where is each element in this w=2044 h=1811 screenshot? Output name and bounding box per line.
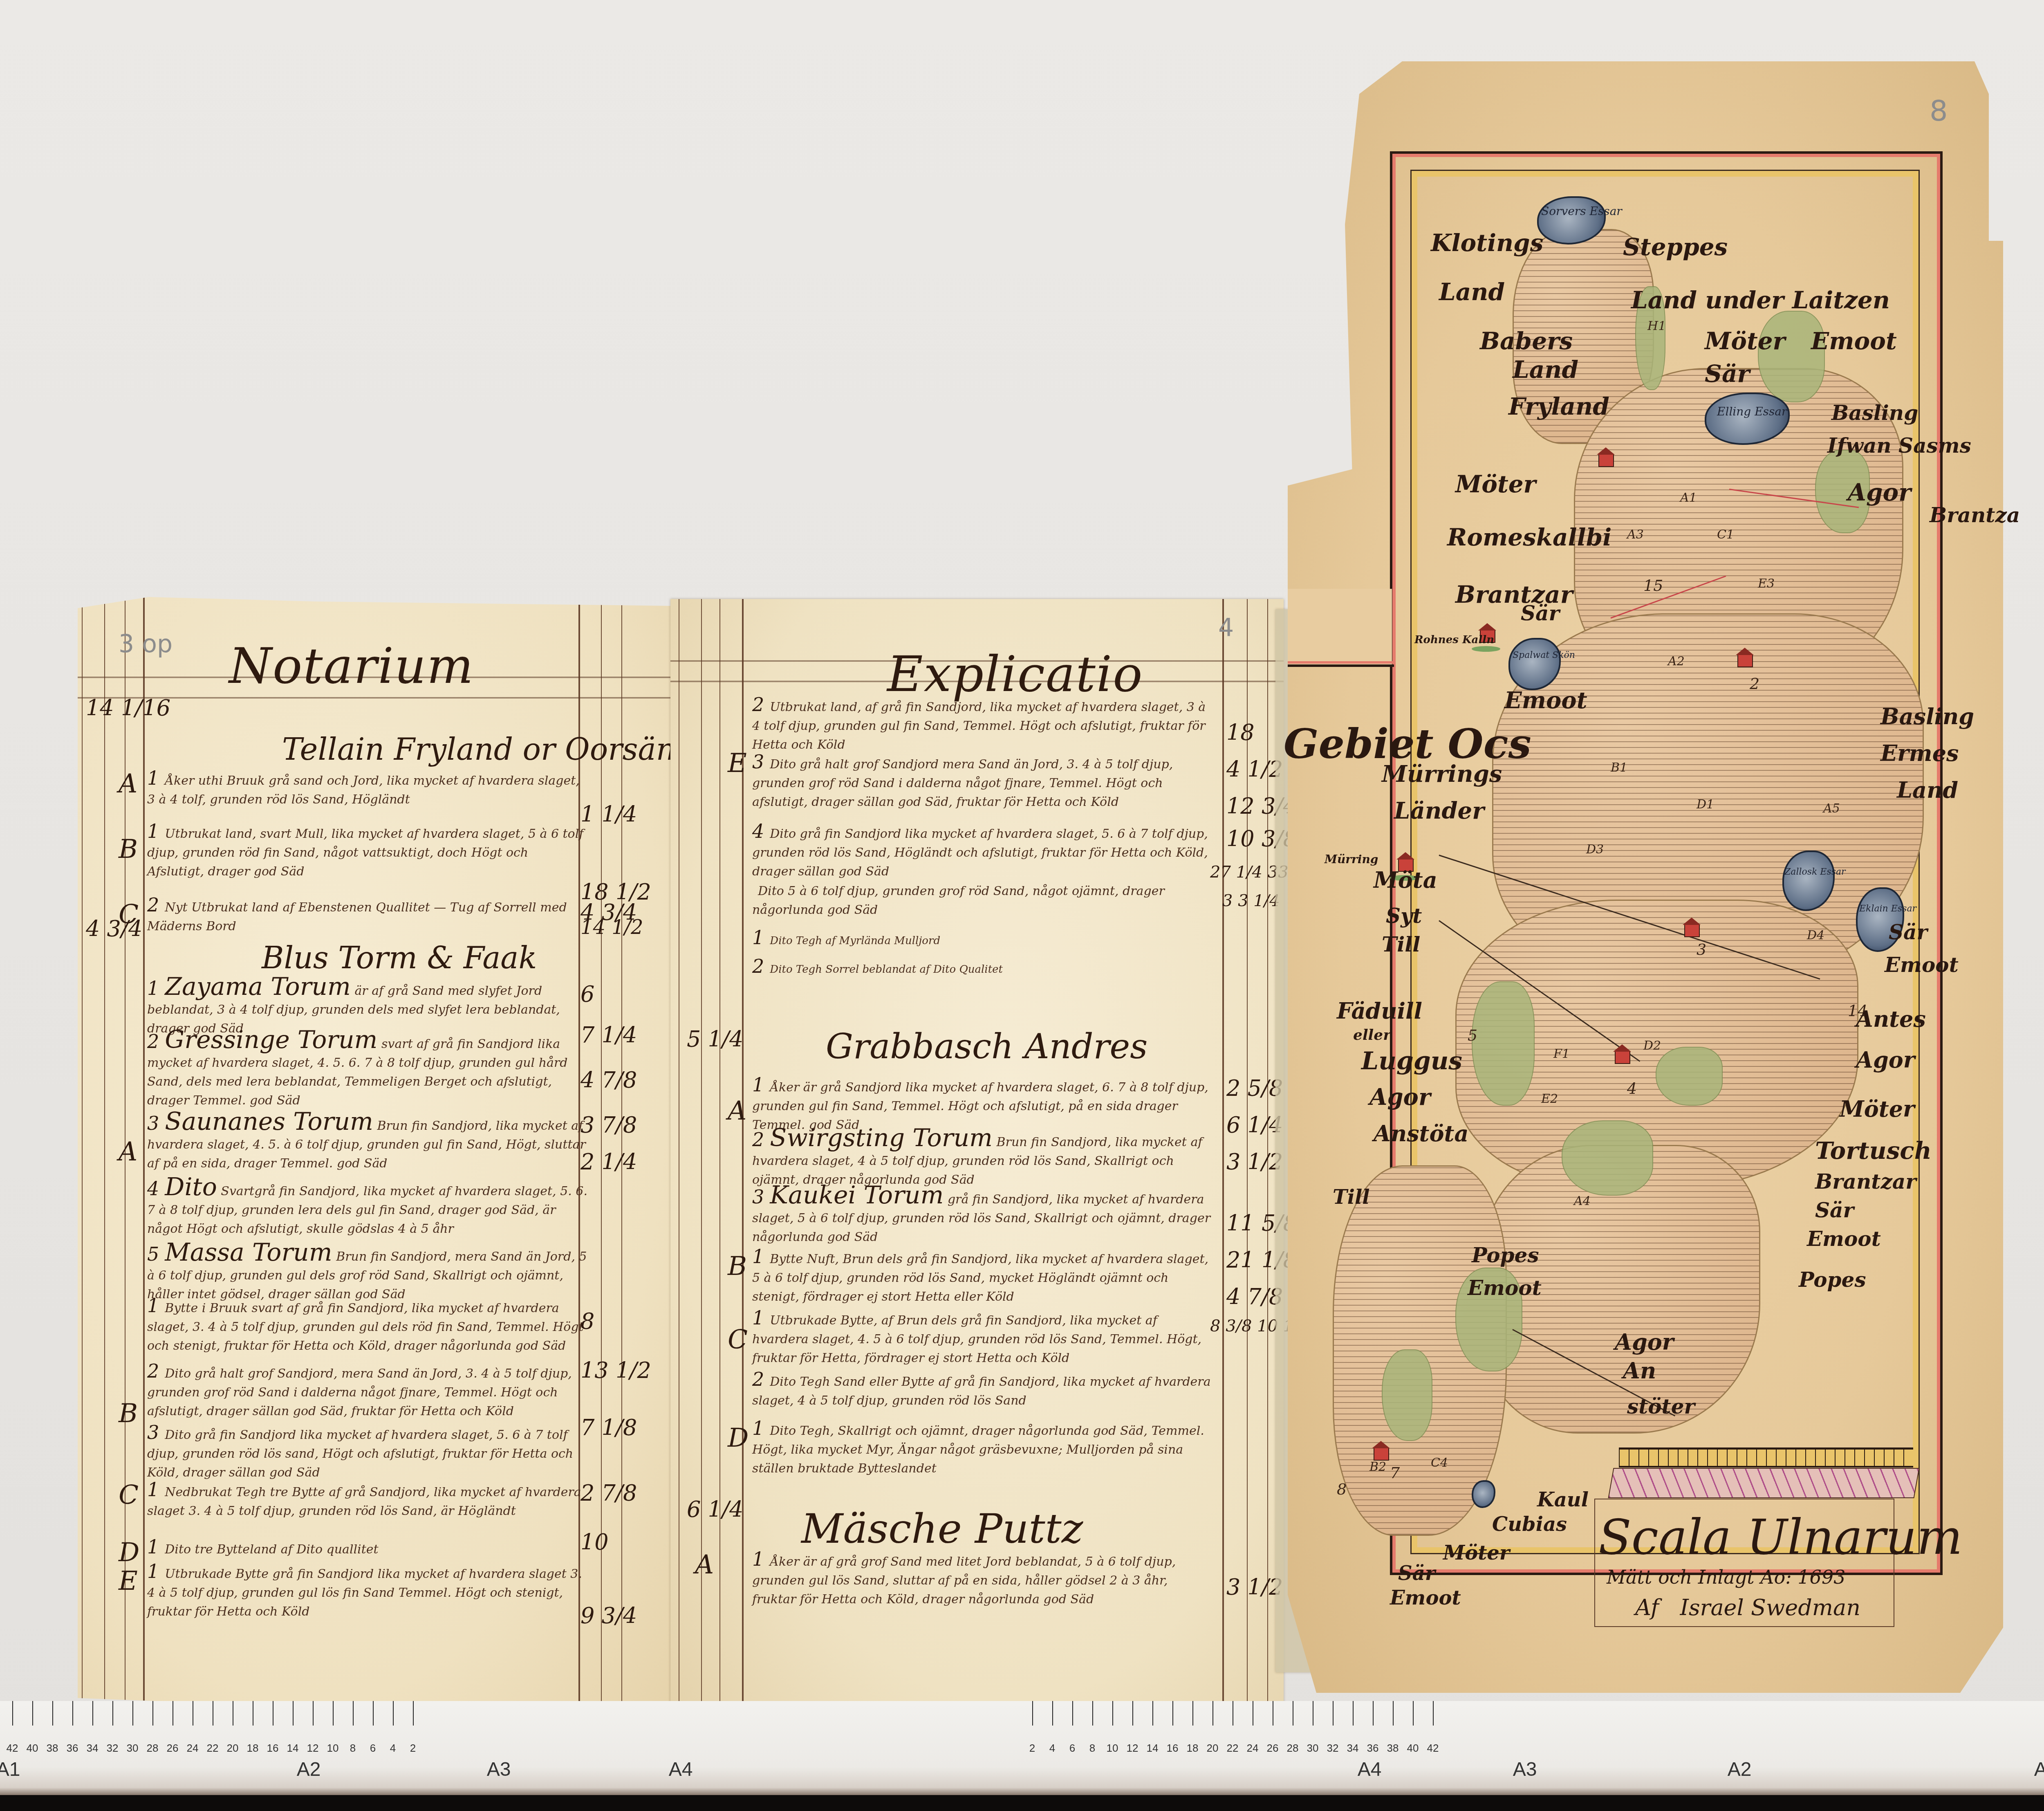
place-label: Möta	[1374, 867, 1437, 893]
entry-value: 14 1/2	[580, 916, 643, 939]
paper-size-mark: A4	[1358, 1758, 1382, 1781]
farmstead-icon	[1737, 654, 1753, 667]
parcel-code: A5	[1823, 801, 1840, 816]
place-label: An	[1623, 1358, 1656, 1384]
register-entry: 1Utbrukade Bytte, af Brun dels grå fin S…	[752, 1308, 1214, 1368]
place-label: Sär	[1398, 1562, 1435, 1585]
page-title: Notarium	[229, 638, 474, 695]
place-label: Emoot	[1811, 327, 1897, 355]
place-label: Möter	[1705, 327, 1785, 355]
margin-letter: A	[119, 769, 137, 799]
register-entry: 2Utbrukat land, af grå fin Sandjord, lik…	[752, 695, 1214, 754]
ruler-tick	[1313, 1701, 1313, 1726]
entry-value: 6 1/4	[1226, 1112, 1283, 1138]
place-label: Romeskallbi	[1447, 523, 1611, 551]
farmstead-icon	[1374, 1447, 1389, 1461]
ruler-tick	[1373, 1701, 1374, 1726]
place-label: Land	[1439, 278, 1505, 306]
place-label: Sär	[1521, 601, 1560, 625]
ruler-number: 2	[410, 1742, 416, 1755]
ruler-tick	[52, 1701, 53, 1726]
ruler-tick	[1253, 1701, 1253, 1726]
margin-letter: B	[119, 834, 138, 864]
settlement-number: 2	[1750, 675, 1759, 693]
ruler-number: 20	[1207, 1742, 1219, 1755]
place-label: Basling	[1831, 401, 1918, 425]
section-heading: Mäsche Puttz	[801, 1505, 1083, 1553]
ruler-tick	[1413, 1701, 1414, 1726]
ruler-number: 8	[1089, 1742, 1095, 1755]
settlement-number: 4	[1627, 1079, 1637, 1097]
register-entry: 1Dito tre Bytteland af Dito quallitet	[147, 1537, 589, 1559]
ruler-number: 8	[350, 1742, 356, 1755]
ruler-number: 40	[27, 1742, 38, 1755]
register-entry: 2Dito Tegh Sand eller Bytte af grå fin S…	[752, 1370, 1214, 1410]
place-label: Klotings	[1431, 229, 1543, 257]
place-label: Emoot	[1885, 953, 1959, 977]
margin-total: 6 1/4	[687, 1497, 743, 1522]
ruler-number: 26	[1267, 1742, 1279, 1755]
entry-value: 4 7/8	[1226, 1284, 1283, 1310]
register-entry: 2Gressinge Torum svart af grå fin Sandjo…	[147, 1030, 589, 1110]
ruler-tick	[1233, 1701, 1233, 1726]
ruler-tick	[72, 1701, 73, 1726]
ruler-number: 4	[390, 1742, 396, 1755]
place-label: Emoot	[1468, 1276, 1542, 1300]
ruler-number: 12	[1127, 1742, 1139, 1755]
place-label: Land	[1513, 356, 1578, 384]
margin-total: 5 1/4	[687, 1026, 743, 1052]
entry-value: 3 1/2	[1226, 1149, 1283, 1175]
margin-letter: C	[728, 1325, 748, 1355]
register-entry: 2Swirgsting Torum Brun fin Sandjord, lik…	[752, 1129, 1214, 1189]
place-label: Basling	[1880, 703, 1974, 729]
place-label: Till	[1382, 932, 1420, 956]
ruler-number: 26	[167, 1742, 179, 1755]
place-label: Popes	[1472, 1243, 1539, 1267]
margin-letter: B	[728, 1251, 747, 1281]
place-label: Möter	[1840, 1096, 1915, 1122]
ruler-number: 16	[267, 1742, 279, 1755]
register-entry: 1Dito Tegh, Skallrigt och ojämnt, drager…	[752, 1419, 1214, 1478]
ruler-tick	[173, 1701, 173, 1726]
register-entry: 4Dito grå fin Sandjord lika mycket af hv…	[752, 822, 1214, 881]
ruler-number: 32	[1327, 1742, 1339, 1755]
entry-value: 6	[580, 981, 594, 1007]
place-label: Popes	[1799, 1268, 1866, 1292]
settlement-number: 15	[1643, 577, 1663, 595]
entry-value: 4 1/2	[1226, 756, 1283, 782]
paper-size-mark: A2	[1728, 1758, 1752, 1781]
register-entry: 3Kaukei Torum grå fin Sandjord, lika myc…	[752, 1186, 1214, 1247]
ruler-tick	[393, 1701, 394, 1726]
entry-value: 7 1/4	[580, 1022, 637, 1048]
surveyor-signature: Af Israel Swedman	[1635, 1595, 1860, 1620]
register-entry: 2Dito Tegh Sorrel beblandat af Dito Qual…	[752, 957, 1214, 979]
ruler-number: 32	[107, 1742, 119, 1755]
parcel-code: A2	[1668, 654, 1685, 669]
ruler-tick	[132, 1701, 133, 1726]
margin-letter: A	[728, 1096, 746, 1126]
paper-size-mark: A3	[487, 1758, 511, 1781]
place-label: Agor	[1369, 1084, 1430, 1111]
settlement-number: 8	[1337, 1480, 1347, 1498]
place-label: eller	[1353, 1026, 1391, 1044]
place-label: Ifwan Sasms	[1827, 433, 1971, 458]
ruler-tick	[12, 1701, 13, 1726]
ruler-tick	[413, 1701, 414, 1726]
ruler-number: 36	[67, 1742, 78, 1755]
ruler-tick	[1112, 1701, 1113, 1726]
place-label: Cubias	[1492, 1513, 1567, 1536]
ruler-tick	[253, 1701, 253, 1726]
place-label: Agor	[1615, 1329, 1674, 1355]
ruler-tick	[193, 1701, 193, 1726]
entry-value: 4 7/8	[580, 1067, 637, 1093]
place-label: Land under Laitzen	[1631, 286, 1890, 314]
settlement-number: 5	[1468, 1026, 1477, 1044]
ruler-number: 38	[47, 1742, 58, 1755]
ruler-tick	[1192, 1701, 1193, 1726]
ruler-tick	[152, 1701, 153, 1726]
register-entry: 1Bytte i Bruuk svart af grå fin Sandjord…	[147, 1296, 589, 1355]
register-entry: 1Åker uthi Bruuk grå sand och Jord, lika…	[147, 769, 589, 809]
ruler-number: 22	[207, 1742, 219, 1755]
ruler-tick	[1353, 1701, 1354, 1726]
parcel-code: F1	[1553, 1047, 1570, 1061]
ruler-tick	[32, 1701, 33, 1726]
margin-total: 4 3/4	[86, 916, 142, 942]
ruler-number: 28	[1287, 1742, 1299, 1755]
scale-bar	[1619, 1447, 1913, 1468]
ruler-tick	[273, 1701, 273, 1726]
farmstead-icon	[1615, 1051, 1630, 1064]
farmstead-icon	[1598, 454, 1614, 467]
paper-size-mark: A1	[2034, 1758, 2044, 1781]
ruler-number: 18	[247, 1742, 259, 1755]
ruler-number: 34	[1347, 1742, 1359, 1755]
parcel-code: A1	[1680, 491, 1697, 505]
entry-value: 9 3/4	[580, 1603, 637, 1629]
register-entry: 4Dito Svartgrå fin Sandjord, lika mycket…	[147, 1178, 589, 1239]
lake-label: Eklain Essar	[1859, 904, 1916, 914]
farmstead-icon	[1684, 924, 1700, 937]
register-entry: 1Utbrukat land, svart Mull, lika mycket …	[147, 822, 589, 881]
place-label: Till	[1333, 1186, 1369, 1209]
ruler-tick	[233, 1701, 233, 1726]
ruler-number: 24	[187, 1742, 199, 1755]
place-label: Syt	[1386, 904, 1422, 928]
register-entry: 3Dito grå fin Sandjord lika mycket af hv…	[147, 1423, 589, 1482]
ruler-number: 20	[227, 1742, 239, 1755]
ruler-tick	[112, 1701, 113, 1726]
map-frame-notch	[1288, 589, 1392, 667]
ruler-tick	[1293, 1701, 1293, 1726]
column-rule	[719, 599, 720, 1707]
lake-label: Zallosk Essar	[1784, 867, 1846, 877]
register-entry: 1Bytte Nuft, Brun dels grå fin Sandjord,…	[752, 1247, 1214, 1306]
column-rule	[143, 597, 145, 1709]
meadow	[1382, 1349, 1432, 1441]
ruler-number: 12	[307, 1742, 319, 1755]
ruler-tick	[1152, 1701, 1153, 1726]
register-entry: 3Saunanes Torum Brun fin Sandjord, lika …	[147, 1112, 589, 1173]
parcel-code: C4	[1431, 1456, 1448, 1470]
measurement-ruler: 4240383634323028262422201816141210864224…	[0, 1701, 2044, 1795]
margin-letter: A	[695, 1550, 714, 1580]
entry-value: 10	[580, 1529, 609, 1555]
margin-total: 14 1/16	[86, 695, 170, 721]
paper-size-mark: A1	[0, 1758, 20, 1781]
register-entry: 1Åker är af grå grof Sand med litet Jord…	[752, 1550, 1214, 1609]
ruler-number: 36	[1367, 1742, 1379, 1755]
place-label: Sär	[1815, 1198, 1854, 1222]
scale-title: Scala Ulnarum	[1598, 1509, 1963, 1565]
margin-letter: E	[119, 1566, 138, 1596]
place-label: Fäduill	[1337, 998, 1422, 1024]
ruler-number: 4	[1049, 1742, 1055, 1755]
ruler-number: 2	[1029, 1742, 1035, 1755]
place-label: Emoot	[1807, 1227, 1881, 1251]
ruler-number: 34	[87, 1742, 99, 1755]
parcel-code: D3	[1586, 842, 1604, 857]
ruler-number: 30	[1307, 1742, 1319, 1755]
section-heading: Blus Torm & Faak	[262, 940, 537, 976]
scale-subtitle: Mätt och Inlagt Ao: 1693	[1607, 1566, 1845, 1588]
ruler-number: 24	[1247, 1742, 1259, 1755]
entry-value: 3 1/2	[1226, 1574, 1283, 1600]
ruler-tick	[92, 1701, 93, 1726]
entry-value: 7 1/8	[580, 1415, 637, 1441]
map-frame-notch-border	[1288, 664, 1394, 667]
entry-value: 8	[580, 1308, 594, 1334]
place-label: Anstöta	[1374, 1120, 1468, 1147]
meadow	[1758, 311, 1825, 402]
ruler-tick	[353, 1701, 354, 1726]
ruler-number: 6	[370, 1742, 376, 1755]
place-label: Brantza	[1930, 503, 2020, 527]
parcel-code: A3	[1627, 527, 1644, 542]
entry-value: 3 7/8	[580, 1112, 637, 1138]
ruler-number: 42	[1427, 1742, 1439, 1755]
ruler-number: 10	[1107, 1742, 1118, 1755]
margin-letter: D	[728, 1423, 749, 1453]
entry-value: 2 1/4	[580, 1149, 637, 1175]
ruler-tick	[1052, 1701, 1053, 1726]
register-entry: Dito 5 à 6 tolf djup, grunden grof röd S…	[752, 879, 1214, 920]
paper-size-mark: A2	[297, 1758, 321, 1781]
column-rule	[104, 597, 105, 1709]
ruler-number: 6	[1069, 1742, 1075, 1755]
entry-value: 1 1/4	[580, 801, 637, 827]
pencil-folio-mark: 4	[1218, 613, 1234, 642]
ruler-number: 30	[127, 1742, 139, 1755]
register-entry: 5Massa Torum Brun fin Sandjord, mera San…	[147, 1243, 589, 1304]
margin-letter: C	[119, 1480, 139, 1510]
place-label: Sär	[1705, 360, 1750, 388]
ruler-tick	[1333, 1701, 1334, 1726]
register-entry: 1Utbrukade Bytte grå fin Sandjord lika m…	[147, 1562, 589, 1621]
parcel-code: B1	[1611, 761, 1627, 775]
lake-label: Sorvers Essar	[1541, 204, 1622, 218]
meadow	[1472, 981, 1535, 1106]
ruler-number: 28	[147, 1742, 159, 1755]
parcel-code: D1	[1697, 797, 1714, 812]
scanner-edge	[0, 1795, 2044, 1811]
lake-label: Spalwat Skön	[1513, 650, 1575, 660]
place-label: Tortusch	[1815, 1137, 1932, 1165]
ruler-number: 38	[1387, 1742, 1399, 1755]
ruler-tick	[293, 1701, 294, 1726]
place-label: Agor	[1856, 1047, 1915, 1073]
entry-value: 2 7/8	[580, 1480, 637, 1506]
parcel-code: C1	[1717, 527, 1734, 542]
place-label: Babers	[1480, 327, 1573, 355]
ruler-tick	[373, 1701, 374, 1726]
margin-letter: B	[119, 1398, 138, 1429]
ruler-tick	[1213, 1701, 1213, 1726]
register-entry: 2Nyt Utbrukat land af Ebenstenen Quallit…	[147, 895, 589, 936]
place-label: Mürrings	[1382, 761, 1502, 788]
register-entry: 3Dito grå halt grof Sandjord mera Sand ä…	[752, 752, 1214, 812]
ruler-tick	[313, 1701, 314, 1726]
register-entry: 2Dito grå halt grof Sandjord, mera Sand …	[147, 1362, 589, 1421]
place-label: Ermes	[1880, 740, 1959, 766]
scale-bar-hatch	[1608, 1468, 1919, 1498]
section-heading: Tellain Fryland or Oorsäng	[282, 732, 695, 767]
place-label: Land	[1897, 777, 1958, 803]
ruler-number: 18	[1187, 1742, 1199, 1755]
ruler-number: 42	[7, 1742, 18, 1755]
ruler-number: 16	[1167, 1742, 1179, 1755]
margin-letter: A	[119, 1137, 137, 1167]
place-label: Steppes	[1623, 233, 1728, 261]
place-label: Möter	[1455, 470, 1536, 498]
ruler-tick	[1433, 1701, 1434, 1726]
grass-icon	[1472, 646, 1500, 652]
entry-value: 2 5/8	[1226, 1075, 1283, 1101]
parcel-code: D4	[1807, 928, 1824, 943]
entry-value: 18	[1226, 720, 1255, 745]
ruler-tick	[1393, 1701, 1394, 1726]
column-rule	[82, 597, 83, 1709]
page-title: Explicatio	[887, 646, 1143, 703]
ruler-number: 40	[1407, 1742, 1419, 1755]
place-label: Mürring	[1325, 853, 1378, 866]
place-label: Sär	[1889, 920, 1927, 944]
ruler-tick	[1172, 1701, 1173, 1726]
parcel-code: E2	[1541, 1092, 1558, 1106]
place-label: Emoot	[1504, 687, 1587, 714]
meadow	[1656, 1047, 1723, 1106]
ruler-number: 14	[287, 1742, 299, 1755]
parcel-code: H1	[1647, 319, 1666, 333]
place-label: Kaul	[1537, 1488, 1589, 1511]
parcel-code: D2	[1643, 1039, 1661, 1053]
column-rule	[679, 599, 679, 1707]
parcel-code: E3	[1758, 577, 1775, 591]
place-label: Emoot	[1390, 1587, 1461, 1609]
ruler-tick	[213, 1701, 213, 1726]
place-label: Agor	[1848, 478, 1911, 506]
paper-size-mark: A3	[1513, 1758, 1537, 1781]
entry-value: 13 1/2	[580, 1358, 651, 1383]
margin-letter: E	[728, 748, 747, 779]
place-label: Luggus	[1361, 1047, 1462, 1075]
ruler-tick	[1273, 1701, 1273, 1726]
place-label: Brantzar	[1815, 1169, 1916, 1194]
settlement-number: 3	[1697, 940, 1706, 958]
place-label: Fryland	[1508, 393, 1609, 420]
section-heading: Grabbasch Andres	[826, 1026, 1148, 1066]
ruler-tick	[1132, 1701, 1133, 1726]
ruler-tick	[1032, 1701, 1033, 1726]
place-label: Länder	[1394, 797, 1484, 824]
ruler-tick	[1092, 1701, 1093, 1726]
pencil-folio-mark: 3 op	[119, 630, 173, 658]
ruler-tick	[333, 1701, 334, 1726]
meadow	[1562, 1120, 1653, 1196]
paper-size-mark: A4	[669, 1758, 693, 1781]
entry-value: 3 3 1/4	[1222, 891, 1280, 910]
margin-letter: D	[119, 1537, 139, 1568]
settlement-number: 7	[1390, 1464, 1400, 1482]
place-label: stöter	[1627, 1394, 1695, 1418]
parcel-code: A4	[1574, 1194, 1591, 1208]
ruler-number: 14	[1147, 1742, 1159, 1755]
place-label: Antes	[1856, 1006, 1926, 1032]
place-label: Möter	[1443, 1542, 1510, 1564]
register-entry: 1Dito Tegh af Myrlända Mulljord	[752, 928, 1214, 950]
ruler-tick	[1072, 1701, 1073, 1726]
parcel-code: B2	[1369, 1460, 1386, 1474]
ruler-number: 22	[1227, 1742, 1239, 1755]
column-rule	[701, 599, 702, 1707]
column-rule	[1222, 599, 1224, 1707]
lake-label: Elling Essar	[1717, 405, 1787, 418]
pencil-sheet-number: 8	[1930, 94, 1948, 128]
place-label: Rohnes Kalln	[1414, 634, 1494, 646]
register-entry: 1Nedbrukat Tegh tre Bytte af grå Sandjor…	[147, 1480, 589, 1521]
ruler-number: 10	[327, 1742, 339, 1755]
